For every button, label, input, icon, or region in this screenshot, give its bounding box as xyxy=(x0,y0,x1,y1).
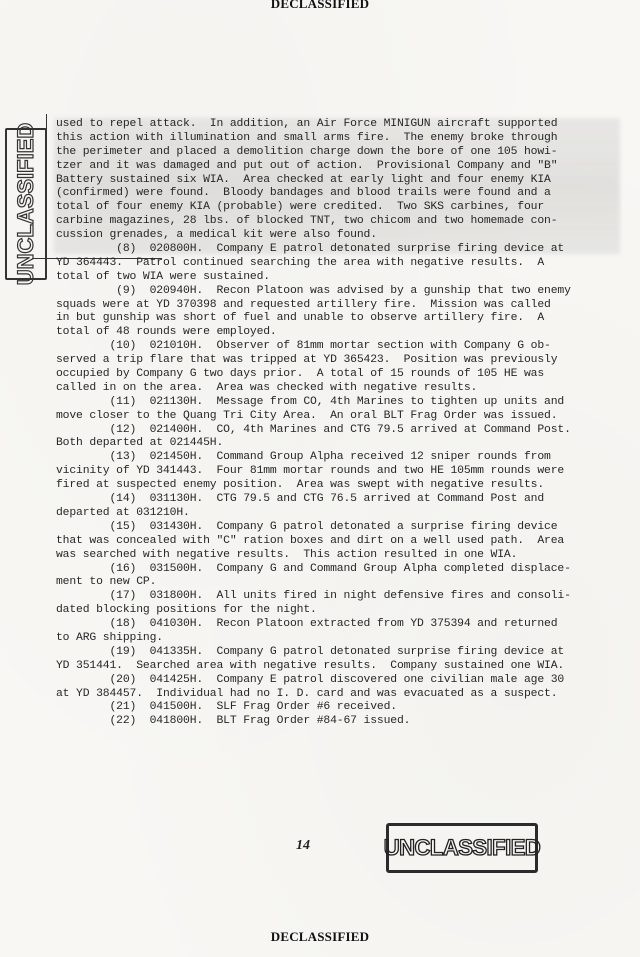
document-line: squads were at YD 370398 and requested a… xyxy=(56,299,616,313)
document-line: ment to new CP. xyxy=(56,576,616,590)
document-line: occupied by Company G two days prior. A … xyxy=(56,368,616,382)
document-line: (19) 041335H. Company G patrol detonated… xyxy=(56,646,616,660)
document-line: (11) 021130H. Message from CO, 4th Marin… xyxy=(56,396,616,410)
document-line: in but gunship was short of fuel and una… xyxy=(56,312,616,326)
document-line: dated blocking positions for the night. xyxy=(56,604,616,618)
document-line: (16) 031500H. Company G and Command Grou… xyxy=(56,563,616,577)
document-line: fired at suspected enemy position. Area … xyxy=(56,479,616,493)
header-declassified-marking: DECLASSIFIED xyxy=(0,0,640,12)
document-line: (12) 021400H. CO, 4th Marines and CTG 79… xyxy=(56,424,616,438)
unclassified-side-stamp: UNCLASSIFIED xyxy=(5,128,47,280)
unclassified-bottom-stamp: UNCLASSIFIED xyxy=(386,823,538,873)
document-body: used to repel attack. In addition, an Ai… xyxy=(56,118,616,729)
document-line: (9) 020940H. Recon Platoon was advised b… xyxy=(56,285,616,299)
document-line: vicinity of YD 341443. Four 81mm mortar … xyxy=(56,465,616,479)
document-line: total of two WIA were sustained. xyxy=(56,271,616,285)
document-line: cussion grenades, a medical kit were als… xyxy=(56,229,616,243)
document-line: total of four enemy KIA (probable) were … xyxy=(56,201,616,215)
document-line: at YD 384457. Individual had no I. D. ca… xyxy=(56,688,616,702)
document-line: (10) 021010H. Observer of 81mm mortar se… xyxy=(56,340,616,354)
margin-bracket-line xyxy=(46,114,53,264)
document-line: the perimeter and placed a demolition ch… xyxy=(56,146,616,160)
document-line: YD 364443. Patrol continued searching th… xyxy=(56,257,616,271)
document-line: used to repel attack. In addition, an Ai… xyxy=(56,118,616,132)
document-line: YD 351441. Searched area with negative r… xyxy=(56,660,616,674)
document-line: (13) 021450H. Command Group Alpha receiv… xyxy=(56,451,616,465)
document-line: (15) 031430H. Company G patrol detonated… xyxy=(56,521,616,535)
document-line: (17) 031800H. All units fired in night d… xyxy=(56,590,616,604)
document-line: served a trip flare that was tripped at … xyxy=(56,354,616,368)
document-line: that was concealed with "C" ration boxes… xyxy=(56,535,616,549)
document-line: Both departed at 021445H. xyxy=(56,437,616,451)
document-line: called in on the area. Area was checked … xyxy=(56,382,616,396)
document-line: (22) 041800H. BLT Frag Order #84-67 issu… xyxy=(56,715,616,729)
document-line: total of 48 rounds were employed. xyxy=(56,326,616,340)
document-line: Battery sustained six WIA. Area checked … xyxy=(56,174,616,188)
document-line: carbine magazines, 28 lbs. of blocked TN… xyxy=(56,215,616,229)
footer-declassified-marking: DECLASSIFIED xyxy=(0,929,640,945)
document-line: this action with illumination and small … xyxy=(56,132,616,146)
unclassified-bottom-stamp-text: UNCLASSIFIED xyxy=(384,835,541,861)
document-line: tzer and it was damaged and put out of a… xyxy=(56,160,616,174)
document-line: (confirmed) were found. Bloody bandages … xyxy=(56,187,616,201)
page-number: 14 xyxy=(296,838,310,854)
unclassified-side-stamp-text: UNCLASSIFIED xyxy=(13,123,39,286)
document-line: (8) 020800H. Company E patrol detonated … xyxy=(56,243,616,257)
document-line: (18) 041030H. Recon Platoon extracted fr… xyxy=(56,618,616,632)
document-line: (20) 041425H. Company E patrol discovere… xyxy=(56,674,616,688)
document-line: move closer to the Quang Tri City Area. … xyxy=(56,410,616,424)
document-line: to ARG shipping. xyxy=(56,632,616,646)
document-line: was searched with negative results. This… xyxy=(56,549,616,563)
document-line: (21) 041500H. SLF Frag Order #6 received… xyxy=(56,701,616,715)
document-line: departed at 031210H. xyxy=(56,507,616,521)
document-line: (14) 031130H. CTG 79.5 and CTG 76.5 arri… xyxy=(56,493,616,507)
